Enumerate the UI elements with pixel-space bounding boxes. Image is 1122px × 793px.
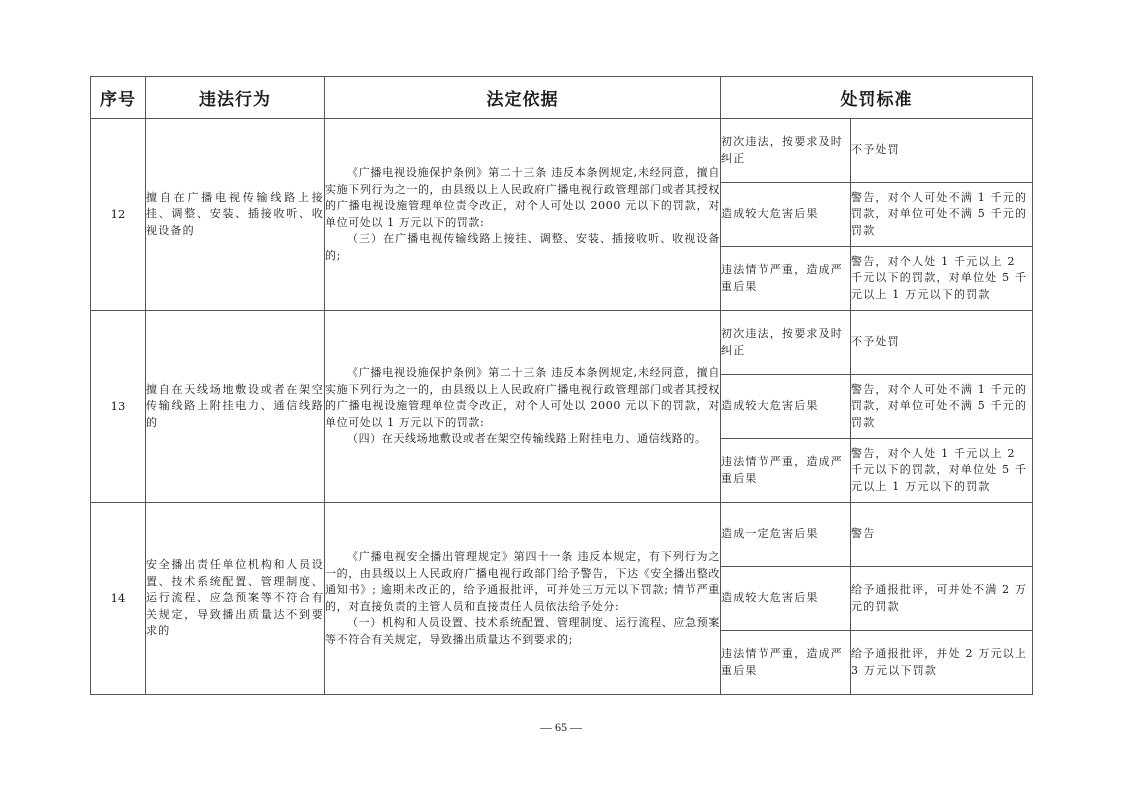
penalty-condition: 初次违法，按要求及时纠正 [721, 311, 851, 375]
penalty-standards-table: 序号 违法行为 法定依据 处罚标准 12 擅自在广播电视传输线路上接挂、调整、安… [90, 76, 1033, 695]
table-header-row: 序号 违法行为 法定依据 处罚标准 [91, 77, 1033, 119]
penalty-condition: 造成较大危害后果 [721, 183, 851, 247]
basis-article: 《广播电视安全播出管理规定》第四十一条 违反本规定，有下列行为之一的，由县级以上… [325, 549, 720, 615]
header-seq: 序号 [91, 77, 146, 119]
penalty-condition: 造成一定危害后果 [721, 503, 851, 567]
penalty-condition: 造成较大危害后果 [721, 375, 851, 439]
row-violation: 安全播出责任单位机构和人员设置、技术系统配置、管理制度、运行流程、应急预案等不符… [146, 503, 325, 695]
penalty-amount: 警告，对个人处 1 千元以上 2 千元以下的罚款，对单位处 5 千元以上 1 万… [851, 247, 1033, 311]
row-legal-basis: 《广播电视设施保护条例》第二十三条 违反本条例规定,未经同意，擅自实施下列行为之… [325, 311, 721, 503]
row-seq: 12 [91, 119, 146, 311]
penalty-amount: 警告，对个人可处不满 1 千元的罚款，对单位可处不满 5 千元的罚款 [851, 183, 1033, 247]
penalty-amount: 不予处罚 [851, 311, 1033, 375]
penalty-amount: 警告 [851, 503, 1033, 567]
document-page: 序号 违法行为 法定依据 处罚标准 12 擅自在广播电视传输线路上接挂、调整、安… [0, 0, 1122, 793]
row-seq: 13 [91, 311, 146, 503]
penalty-amount: 不予处罚 [851, 119, 1033, 183]
penalty-condition: 违法情节严重，造成严重后果 [721, 247, 851, 311]
header-legal-basis: 法定依据 [325, 77, 721, 119]
header-violation: 违法行为 [146, 77, 325, 119]
row-seq: 14 [91, 503, 146, 695]
row-legal-basis: 《广播电视设施保护条例》第二十三条 违反本条例规定,未经同意，擅自实施下列行为之… [325, 119, 721, 311]
penalty-amount: 警告，对个人可处不满 1 千元的罚款，对单位可处不满 5 千元的罚款 [851, 375, 1033, 439]
penalty-condition: 违法情节严重，造成严重后果 [721, 631, 851, 695]
penalty-amount: 给予通报批评，并处 2 万元以上 3 万元以下罚款 [851, 631, 1033, 695]
table-row: 13 擅自在天线场地敷设或者在架空传输线路上附挂电力、通信线路的 《广播电视设施… [91, 311, 1033, 375]
table-row: 14 安全播出责任单位机构和人员设置、技术系统配置、管理制度、运行流程、应急预案… [91, 503, 1033, 567]
penalty-condition: 初次违法，按要求及时纠正 [721, 119, 851, 183]
row-violation: 擅自在天线场地敷设或者在架空传输线路上附挂电力、通信线路的 [146, 311, 325, 503]
row-legal-basis: 《广播电视安全播出管理规定》第四十一条 违反本规定，有下列行为之一的，由县级以上… [325, 503, 721, 695]
penalty-amount: 给予通报批评，可并处不满 2 万元的罚款 [851, 567, 1033, 631]
penalty-condition: 造成较大危害后果 [721, 567, 851, 631]
basis-clause: （三）在广播电视传输线路上接挂、调整、安装、插接收听、收视设备的; [325, 231, 720, 264]
row-violation: 擅自在广播电视传输线路上接挂、调整、安装、插接收听、收视设备的 [146, 119, 325, 311]
header-penalty-standard: 处罚标准 [721, 77, 1033, 119]
penalty-amount: 警告，对个人处 1 千元以上 2 千元以下的罚款，对单位处 5 千元以上 1 万… [851, 439, 1033, 503]
table-row: 12 擅自在广播电视传输线路上接挂、调整、安装、插接收听、收视设备的 《广播电视… [91, 119, 1033, 183]
basis-article: 《广播电视设施保护条例》第二十三条 违反本条例规定,未经同意，擅自实施下列行为之… [325, 165, 720, 231]
penalty-condition: 违法情节严重，造成严重后果 [721, 439, 851, 503]
page-number: — 65 — [0, 720, 1122, 735]
basis-clause: （四）在天线场地敷设或者在架空传输线路上附挂电力、通信线路的。 [325, 431, 720, 448]
basis-article: 《广播电视设施保护条例》第二十三条 违反本条例规定,未经同意，擅自实施下列行为之… [325, 365, 720, 431]
basis-clause: （一）机构和人员设置、技术系统配置、管理制度、运行流程、应急预案等不符合有关规定… [325, 615, 720, 648]
